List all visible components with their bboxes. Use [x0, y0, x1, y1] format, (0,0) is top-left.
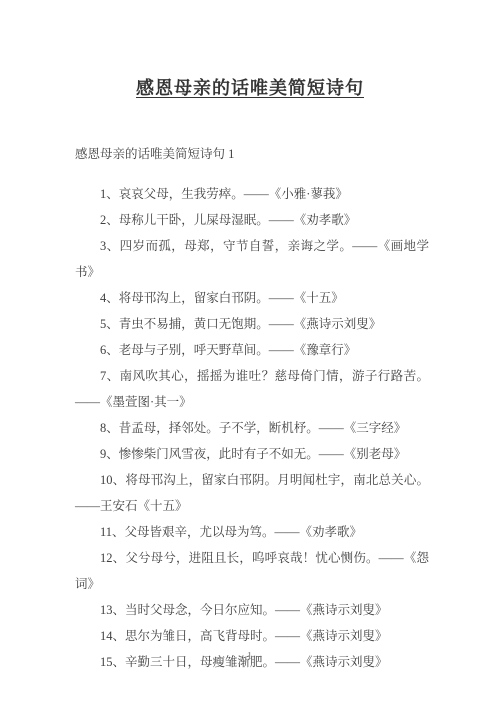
document-page: 感恩母亲的话唯美简短诗句 感恩母亲的话唯美简短诗句 1 1、哀哀父母，生我劳瘁。… — [0, 0, 500, 707]
quote-item: 6、老母与子别，呼天野草间。——《豫章行》 — [75, 337, 429, 363]
quote-item: 9、惨惨柴门风雪夜，此时有子不如无。——《别老母》 — [75, 441, 429, 467]
section-heading: 感恩母亲的话唯美简短诗句 1 — [75, 141, 429, 167]
quote-item: 7、南风吹其心，摇摇为谁吐？慈母倚门情，游子行路苦。——《墨萱图·其一》 — [75, 363, 429, 415]
quote-item: 4、将母邗沟上，留家白邗阴。——《十五》 — [75, 285, 429, 311]
quote-item: 3、四岁而孤，母郑，守节自誓，亲诲之学。——《画地学书》 — [75, 233, 429, 285]
page-number: - 1 - — [0, 650, 500, 662]
quote-item: 10、将母邗沟上，留家白邗阴。月明闻杜宇，南北总关心。——王安石《十五》 — [75, 467, 429, 519]
document-title: 感恩母亲的话唯美简短诗句 — [0, 74, 500, 100]
quote-list: 1、哀哀父母，生我劳瘁。——《小雅·蓼莪》 2、母称儿干卧，儿屎母湿眠。——《劝… — [75, 181, 429, 675]
quote-item: 1、哀哀父母，生我劳瘁。——《小雅·蓼莪》 — [75, 181, 429, 207]
quote-item: 14、思尔为雏日，高飞背母时。——《燕诗示刘叟》 — [75, 623, 429, 649]
quote-item: 5、青虫不易捕，黄口无饱期。——《燕诗示刘叟》 — [75, 311, 429, 337]
quote-item: 12、父兮母兮，进阻且长，呜呼哀哉！忧心恻伤。——《怨词》 — [75, 545, 429, 597]
quote-item: 2、母称儿干卧，儿屎母湿眠。——《劝孝歌》 — [75, 207, 429, 233]
quote-item: 11、父母皆艰辛，尤以母为笃。——《劝孝歌》 — [75, 519, 429, 545]
document-body: 感恩母亲的话唯美简短诗句 1 1、哀哀父母，生我劳瘁。——《小雅·蓼莪》 2、母… — [75, 141, 429, 675]
quote-item: 8、昔孟母，择邻处。子不学，断机杼。——《三字经》 — [75, 415, 429, 441]
quote-item: 13、当时父母念，今日尔应知。——《燕诗示刘叟》 — [75, 597, 429, 623]
